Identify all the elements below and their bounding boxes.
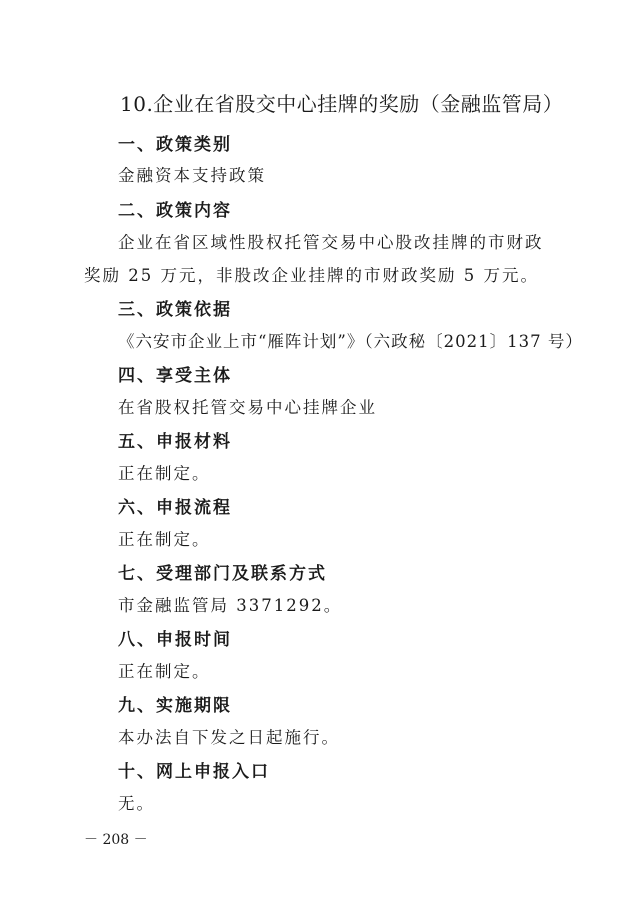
section-heading-basis: 三、政策依据 [118,295,232,320]
section-heading-contact: 七、受理部门及联系方式 [118,559,327,584]
section-heading-materials: 五、申报材料 [118,427,232,452]
section-text-content-line2: 奖励 25 万元，非股改企业挂牌的市财政奖励 5 万元。 [84,262,539,286]
section-text-category: 金融资本支持政策 [118,162,266,186]
section-text-materials: 正在制定。 [118,460,211,484]
section-heading-period: 九、实施期限 [118,691,232,716]
section-heading-online-entry: 十、网上申报入口 [118,757,270,782]
section-text-process: 正在制定。 [118,526,211,550]
section-text-basis: 《六安市企业上市“雁阵计划”》（六政秘〔2021〕137 号） [118,328,583,352]
section-text-online-entry: 无。 [118,790,155,814]
section-heading-category: 一、政策类别 [118,130,232,155]
section-heading-content: 二、政策内容 [118,196,232,221]
document-page: 10.企业在省股交中心挂牌的奖励（金融监管局） 一、政策类别 金融资本支持政策 … [0,0,642,907]
section-text-content-line1: 企业在省区域性股权托管交易中心股改挂牌的市财政 [118,229,544,253]
page-number: － 208 － [84,829,148,849]
section-text-contact: 市金融监管局 3371292。 [118,592,342,616]
section-text-period: 本办法自下发之日起施行。 [118,724,340,748]
section-text-time: 正在制定。 [118,658,211,682]
section-heading-time: 八、申报时间 [118,625,232,650]
section-text-beneficiary: 在省股权托管交易中心挂牌企业 [118,394,377,418]
section-heading-beneficiary: 四、享受主体 [118,361,232,386]
document-title: 10.企业在省股交中心挂牌的奖励（金融监管局） [120,88,563,117]
section-heading-process: 六、申报流程 [118,493,232,518]
